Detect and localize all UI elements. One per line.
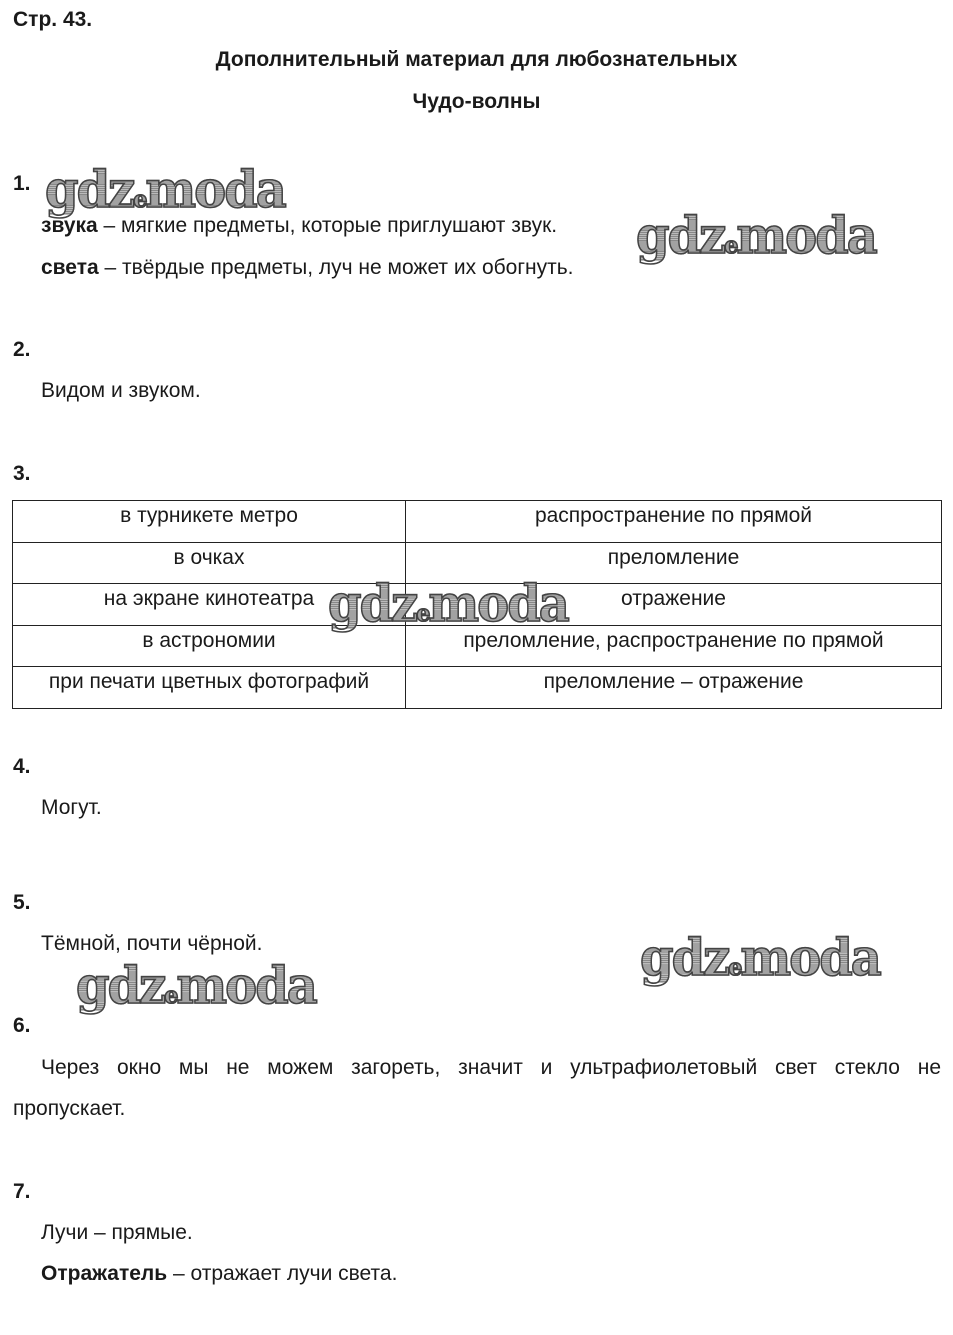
answer-term: света (41, 256, 99, 279)
section-subheading: Чудо-волны (0, 90, 953, 114)
answer-6-line-1: Через окно мы не можем загореть, значит … (41, 1056, 941, 1080)
table-cell: на экране кинотеатра (13, 584, 406, 626)
table-cell: в турникете метро (13, 501, 406, 543)
answer-6-line-2: пропускает. (13, 1097, 125, 1121)
answer-1-line-2: света – твёрдые предметы, луч не может и… (41, 256, 573, 280)
answer-term: звука (41, 214, 98, 237)
watermark-logo: gdzemoda (76, 961, 316, 1011)
table-cell: в очках (13, 542, 406, 584)
watermark-logo: gdzemoda (640, 933, 880, 983)
answer-7-line-2: Отражатель – отражает лучи света. (41, 1262, 397, 1286)
question-number-3: 3. (13, 462, 31, 486)
question-number-5: 5. (13, 891, 31, 915)
page-number: Стр. 43. (13, 8, 92, 32)
answer-term: Отражатель (41, 1262, 167, 1285)
table-row: в очках преломление (13, 542, 942, 584)
answer-4: Могут. (41, 796, 102, 820)
table-cell: в астрономии (13, 625, 406, 667)
question-number-2: 2. (13, 338, 31, 362)
watermark-logo: gdzemoda (636, 211, 876, 261)
table-cell: при печати цветных фотографий (13, 667, 406, 709)
table-row: при печати цветных фотографий преломлени… (13, 667, 942, 709)
answer-1-line-1: звука – мягкие предметы, которые приглуш… (41, 214, 557, 238)
answer-5: Тёмной, почти чёрной. (41, 932, 262, 956)
table-cell: преломление – отражение (406, 667, 942, 709)
answer-text: – твёрдые предметы, луч не может их обог… (99, 256, 574, 279)
table-cell: преломление, распространение по прямой (406, 625, 942, 667)
question-number-4: 4. (13, 755, 31, 779)
answer-3-table: в турникете метро распространение по пря… (12, 500, 942, 709)
table-cell: преломление (406, 542, 942, 584)
question-number-7: 7. (13, 1180, 31, 1204)
answer-2: Видом и звуком. (41, 379, 201, 403)
watermark-logo: gdzemoda (45, 165, 285, 215)
answer-text: – отражает лучи света. (167, 1262, 397, 1285)
table-row: в астрономии преломление, распространени… (13, 625, 942, 667)
question-number-1: 1. (13, 172, 31, 196)
table-cell: отражение (406, 584, 942, 626)
table-row: в турникете метро распространение по пря… (13, 501, 942, 543)
table-cell: распространение по прямой (406, 501, 942, 543)
section-heading: Дополнительный материал для любознательн… (0, 48, 953, 72)
answer-text: – мягкие предметы, которые приглушают зв… (98, 214, 557, 237)
table-row: на экране кинотеатра отражение (13, 584, 942, 626)
answer-7-line-1: Лучи – прямые. (41, 1221, 193, 1245)
question-number-6: 6. (13, 1014, 31, 1038)
